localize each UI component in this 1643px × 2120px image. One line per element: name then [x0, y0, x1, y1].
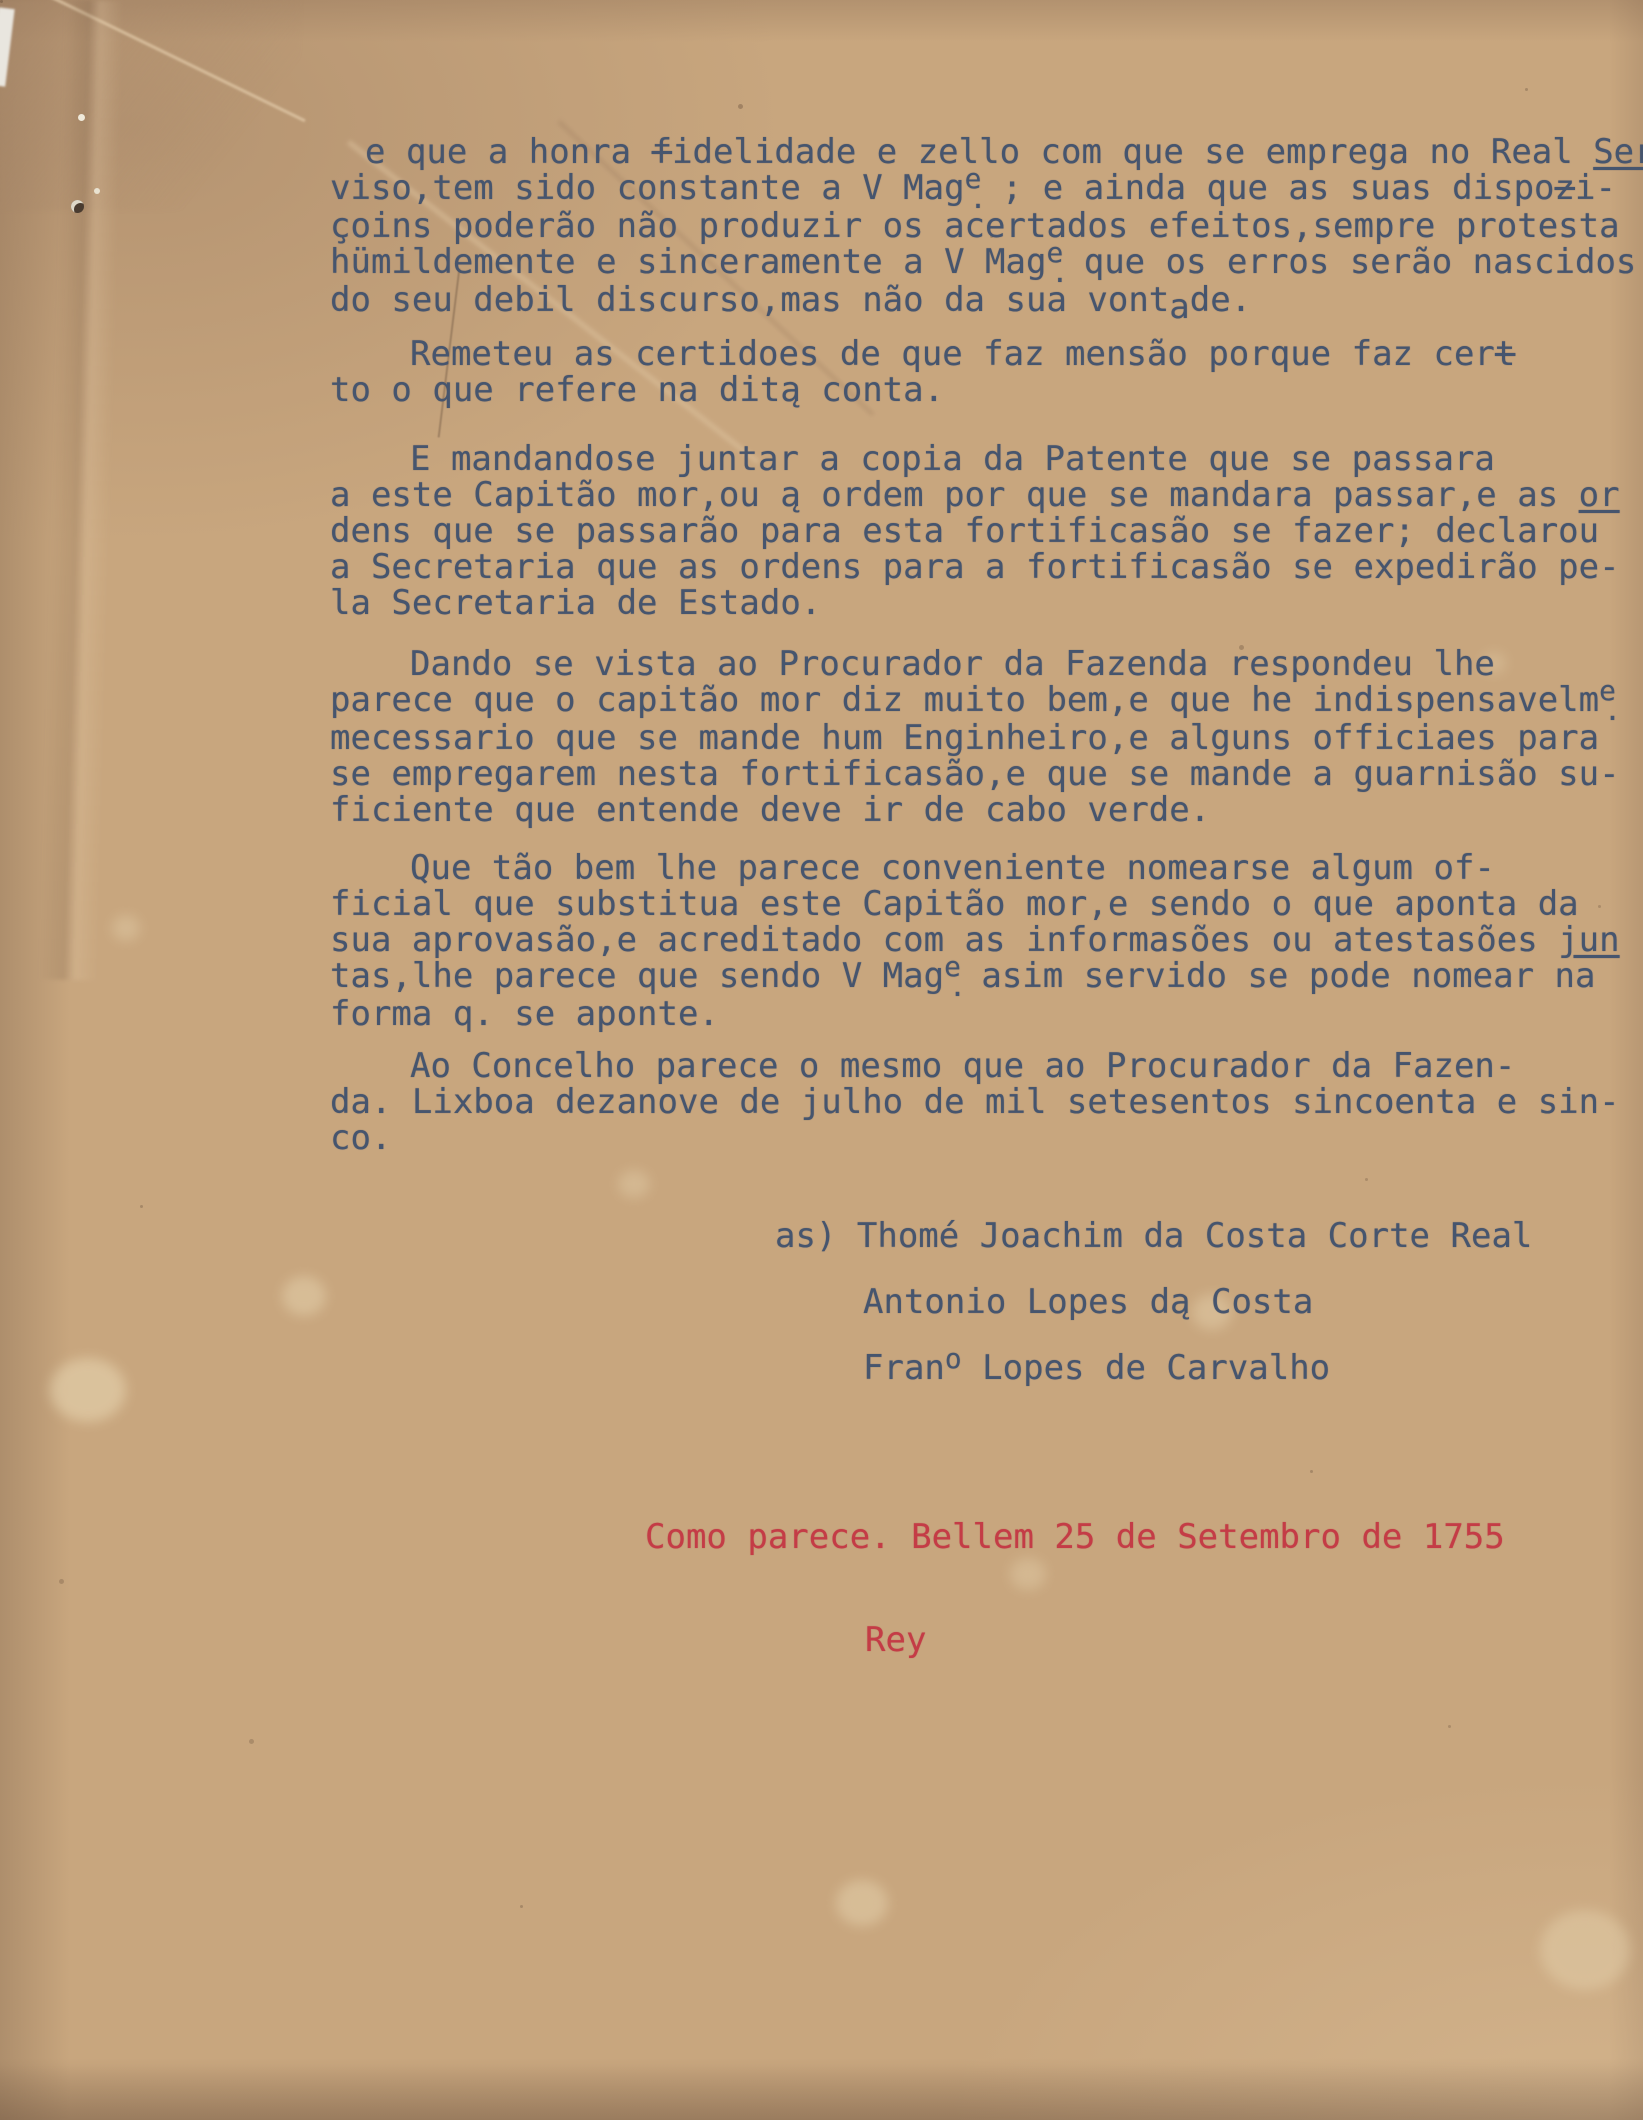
typed-segment-supe: e	[965, 161, 982, 197]
typed-line: ficial que substitua este Capitão mor,e …	[330, 886, 1643, 922]
typed-line: a Secretaria que as ordens para a fortif…	[330, 549, 1643, 585]
typed-line: forma q. se aponte.	[330, 996, 1643, 1032]
document-page: e que a honra fidelidade e zello com que…	[0, 0, 1643, 2120]
paragraph-4: Dando se vista ao Procurador da Fazenda …	[330, 646, 1643, 828]
typed-line: tas,lhe parece que sendo V Mage asim ser…	[330, 958, 1643, 996]
paper-stain	[50, 1358, 126, 1422]
paper-fold-crease-line	[35, 0, 306, 122]
paper-edge-tear	[0, 7, 15, 86]
paragraph-3: E mandandose juntar a copia da Patente q…	[330, 441, 1643, 621]
paragraph-1: e que a honra fidelidade e zello com que…	[330, 134, 1643, 318]
royal-signature: Rey	[865, 1622, 926, 1658]
paper-stain	[618, 1170, 650, 1198]
typed-line: dens que se passarão para esta fortifica…	[330, 513, 1643, 549]
typed-segment-u: Ser	[1593, 132, 1643, 172]
paper-stain	[112, 915, 140, 941]
paper-freckles	[0, 0, 3, 3]
typed-line: viso,tem sido constante a V Mage ; e ain…	[330, 170, 1643, 208]
typed-line: da. Lixboa dezanove de julho de mil sete…	[330, 1084, 1643, 1120]
typed-line: Remeteu as certidoes de que faz mensão p…	[330, 336, 1643, 372]
signature-line-2: Antonio Lopes dą Costa	[863, 1284, 1313, 1320]
paper-speck	[94, 188, 100, 194]
typed-line: la Secretaria de Estado.	[330, 585, 1643, 621]
paragraph-5: Que tão bem lhe parece conveniente nomea…	[330, 850, 1643, 1032]
typed-line: parece que o capitão mor diz muito bem,e…	[330, 682, 1643, 720]
paragraph-6: Ao Concelho parece o mesmo que ao Procur…	[330, 1048, 1643, 1156]
paper-stain	[836, 1880, 888, 1926]
typed-line: hümildemente e sinceramente a V Mage que…	[330, 244, 1643, 282]
typed-line: mecessario que se mande hum Enginheiro,e…	[330, 720, 1643, 756]
typed-segment-u: or	[1579, 475, 1620, 515]
typed-segment-u: jun	[1558, 920, 1619, 960]
typed-segment-sub: a	[1169, 289, 1189, 325]
paper-stain	[1010, 1558, 1046, 1590]
typed-line: çoins poderão não produzir os acertados …	[330, 208, 1643, 244]
typed-line: Dando se vista ao Procurador da Fazenda …	[330, 646, 1643, 682]
typed-line: sua aprovasão,e acreditado com as inform…	[330, 922, 1643, 958]
typed-line: Que tão bem lhe parece conveniente nomea…	[330, 850, 1643, 886]
paragraph-2: Remeteu as certidoes de que faz mensão p…	[330, 336, 1643, 408]
typed-segment-st: t	[1495, 334, 1515, 374]
typed-segment-supe: e	[944, 949, 961, 985]
paper-speck	[78, 114, 85, 121]
typed-segment-st: z	[1555, 168, 1575, 208]
typed-segment-supe: e	[1046, 235, 1063, 271]
paper-stain	[1540, 1910, 1630, 1990]
signature-line-1: as) Thomé Joachim da Costa Corte Real	[775, 1218, 1532, 1254]
typed-line: E mandandose juntar a copia da Patente q…	[330, 441, 1643, 477]
paper-fold-shading	[0, 0, 300, 210]
typed-line: se empregarem nesta fortificasão,e que s…	[330, 756, 1643, 792]
ink-blot-dot	[71, 200, 84, 213]
typed-line: do seu debil discurso,mas não da sua von…	[330, 282, 1643, 318]
typed-line: Ao Concelho parece o mesmo que ao Procur…	[330, 1048, 1643, 1084]
typed-line: co.	[330, 1120, 1643, 1156]
typed-line: to o que refere na ditą conta.	[330, 372, 1643, 408]
typed-line: a este Capitão mor,ou ą ordem por que se…	[330, 477, 1643, 513]
approval-line: Como parece. Bellem 25 de Setembro de 17…	[645, 1519, 1505, 1555]
typed-segment-st: f	[652, 132, 672, 172]
typed-segment-supe: e	[1599, 673, 1616, 709]
typed-line: ficiente que entende deve ir de cabo ver…	[330, 792, 1643, 828]
typed-line: e que a honra fidelidade e zello com que…	[330, 134, 1643, 170]
typed-segment-sup: o	[945, 1341, 962, 1377]
paper-stain	[282, 1276, 326, 1316]
paper-left-crease	[39, 0, 123, 981]
signature-line-3: Frano Lopes de Carvalho	[863, 1350, 1330, 1388]
paper-bottom-shadow	[0, 2058, 1643, 2120]
